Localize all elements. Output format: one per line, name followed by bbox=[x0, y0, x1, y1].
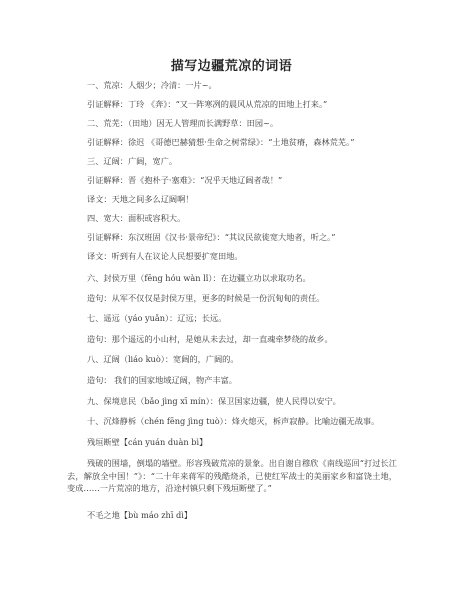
entry-3-citation: 引证解释：晋《抱朴子·塞难》：“况乎天地辽阔者哉！” bbox=[87, 175, 282, 186]
entry-3-translation: 译文：天地之间多么辽阔啊！ bbox=[87, 194, 193, 205]
entry-10-definition: 十、沉烽静柝（chén fēng jìng tuò）：烽火熄灭，柝声寂静。比喻边… bbox=[87, 416, 379, 427]
entry-1-citation: 引证解释：丁玲 《奔》：“又一阵寒冽的晨风从荒凉的田地上打来。” bbox=[87, 99, 327, 110]
entry-8-example: 造句： 我们的国家地域辽阔，物产丰富。 bbox=[87, 375, 237, 386]
idiom-heading-bumaozhidi: 不毛之地【bù máo zhī dì】 bbox=[87, 510, 192, 521]
entry-2-definition: 二、荒芜：（田地）因无人管理而长满野草：田园~。 bbox=[87, 118, 278, 129]
entry-1-definition: 一、荒凉：人烟少；冷清：一片~。 bbox=[87, 80, 217, 91]
entry-8-definition: 八、辽阔（liáo kuò）：宽阔的，广阔的。 bbox=[87, 354, 239, 365]
entry-4-citation: 引证解释：东汉班固《汉书·景帝纪》：“其议民欲徙宽大地者，听之。” bbox=[87, 232, 335, 243]
document-title: 描写边疆荒凉的词语 bbox=[0, 55, 463, 74]
entry-4-definition: 四、宽大：面积或容积大。 bbox=[87, 213, 185, 224]
entry-4-translation: 译文：听到有人在议论人民想要扩宽田地。 bbox=[87, 251, 243, 262]
idiom-heading-canyuanduanbi: 残垣断壁【cán yuán duàn bì】 bbox=[87, 437, 207, 448]
entry-6-example: 造句：从军不仅仅是封侯万里，更多的时候是一份沉甸甸的责任。 bbox=[87, 293, 324, 304]
entry-2-citation: 引证解释：徐迟 《哥德巴赫猜想·生命之树常绿》：“土地贫瘠，森林荒芜。” bbox=[87, 137, 354, 148]
entry-7-definition: 七、遥远（yáo yuǎn）：辽远；长远。 bbox=[87, 313, 226, 324]
entry-6-definition: 六、封侯万里（fēng hóu wàn lǐ）：在边疆立功以求取功名。 bbox=[87, 273, 311, 284]
idiom-paragraph: 残破的围墙，倒塌的墙壁。形容残破荒凉的景象。出自谢自穆欣《南线巡回“打过长江去，… bbox=[67, 457, 397, 495]
entry-9-definition: 九、保境息民（bǎo jìng xī mín）：保卫国家边疆，使人民得以安宁。 bbox=[87, 396, 341, 407]
entry-3-definition: 三、辽阔：广阔，宽广。 bbox=[87, 156, 177, 167]
entry-7-example: 造句：那个遥远的小山村，是她从未去过，却一直魂牵梦绕的故乡。 bbox=[87, 334, 333, 345]
